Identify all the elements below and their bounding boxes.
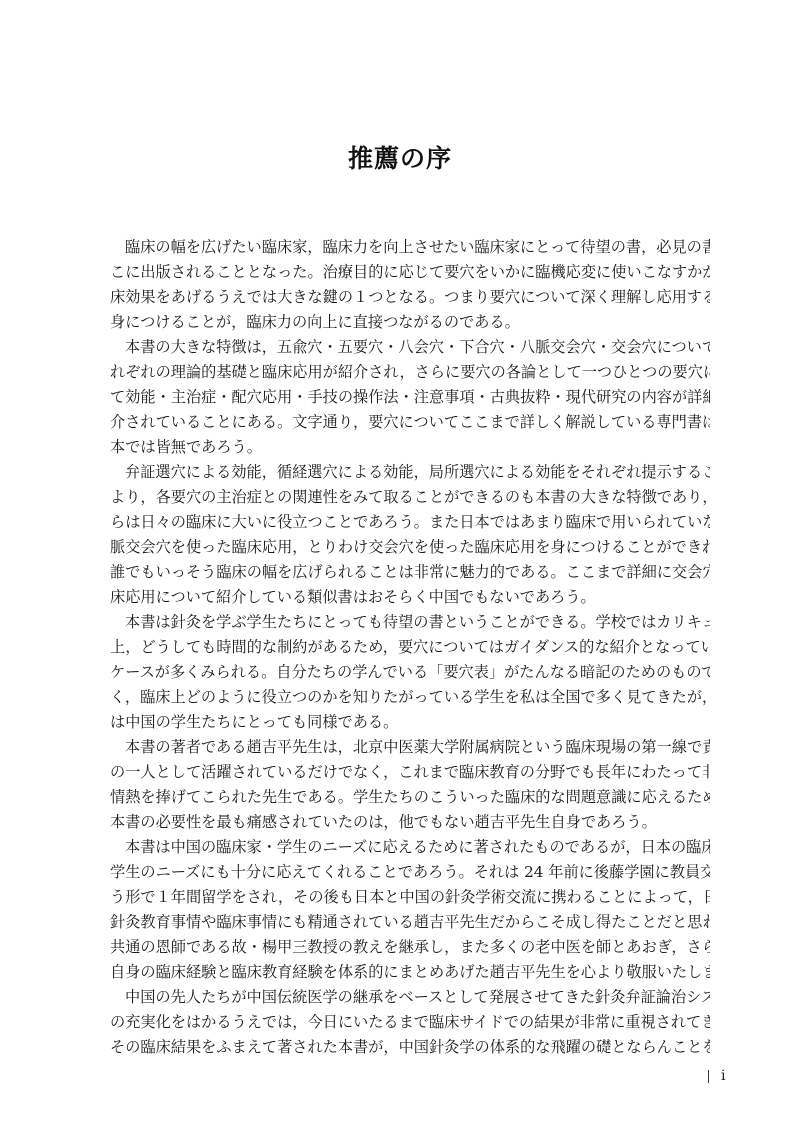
- folio-divider: [708, 1070, 709, 1083]
- text-line: は中国の学生たちにとっても同様である。: [110, 710, 710, 735]
- text-line: 中国の先人たちが中国伝統医学の継承をベースとして発展させてきた針灸弁証論治システ…: [110, 985, 710, 1010]
- text-line: 身につけることが，臨床力の向上に直接つながるのである。: [110, 310, 710, 335]
- text-line: 床効果をあげるうえでは大きな鍵の１つとなる。つまり要穴について深く理解し応用する…: [110, 285, 710, 310]
- paragraph: 本書は針灸を学ぶ学生たちにとっても待望の書ということができる。学校ではカリキュラ…: [110, 610, 710, 735]
- text-line: 誰でもいっそう臨床の幅を広げられることは非常に魅力的である。ここまで詳細に交会穴…: [110, 560, 710, 585]
- text-line: く，臨床上どのように役立つのかを知りたがっている学生を私は全国で多く見てきたが，…: [110, 685, 710, 710]
- text-line: その臨床結果をふまえて著された本書が，中国針灸学の体系的な飛躍の礎とならんことを…: [110, 1035, 710, 1060]
- text-line: 共通の恩師である故・楊甲三教授の教えを継承し，また多くの老中医を師とあおぎ，さら…: [110, 935, 710, 960]
- text-line: 本では皆無であろう。: [110, 435, 710, 460]
- text-line: の一人として活躍されているだけでなく，これまで臨床教育の分野でも長年にわたって非…: [110, 760, 710, 785]
- text-line: て効能・主治症・配穴応用・手技の操作法・注意事項・古典抜粋・現代研究の内容が詳細…: [110, 385, 710, 410]
- text-line: 情熱を捧げてこられた先生である。学生たちのこういった臨床的な問題意識に応えるため…: [110, 785, 710, 810]
- page-number: i: [708, 1068, 725, 1084]
- body-text: 臨床の幅を広げたい臨床家，臨床力を向上させたい臨床家にとって待望の書，必見の書が…: [110, 235, 710, 1060]
- text-line: 本書の大きな特徴は，五兪穴・五要穴・八会穴・下合穴・八脈交会穴・交会穴について，…: [110, 335, 710, 360]
- text-line: 本書の著者である趙吉平先生は，北京中医薬大学附属病院という臨床現場の第一線で責任…: [110, 735, 710, 760]
- text-line: より，各要穴の主治症との関連性をみて取ることができるのも本書の大きな特徴であり，…: [110, 485, 710, 510]
- text-line: の充実化をはかるうえでは，今日にいたるまで臨床サイドでの結果が非常に重視されてき…: [110, 1010, 710, 1035]
- text-line: 自身の臨床経験と臨床教育経験を体系的にまとめあげた趙吉平先生を心より敬服いたしま…: [110, 960, 710, 985]
- text-line: 脈交会穴を使った臨床応用，とりわけ交会穴を使った臨床応用を身につけることができれ…: [110, 535, 710, 560]
- paragraph: 本書は中国の臨床家・学生のニーズに応えるために著されたものであるが，日本の臨床家…: [110, 835, 710, 985]
- paragraph: 本書の大きな特徴は，五兪穴・五要穴・八会穴・下合穴・八脈交会穴・交会穴について，…: [110, 335, 710, 460]
- text-line: らは日々の臨床に大いに役立つことであろう。また日本ではあまり臨床で用いられていな…: [110, 510, 710, 535]
- document-page: 推薦の序 臨床の幅を広げたい臨床家，臨床力を向上させたい臨床家にとって待望の書，…: [0, 0, 800, 1129]
- text-line: こに出版されることとなった。治療目的に応じて要穴をいかに臨機応変に使いこなすかが…: [110, 260, 710, 285]
- text-line: 本書の必要性を最も痛感されていたのは，他でもない趙吉平先生自身であろう。: [110, 810, 710, 835]
- text-line: 学生のニーズにも十分に応えてくれることであろう。それは 24 年前に後藤学園に教…: [110, 860, 710, 885]
- paragraph: 弁証選穴による効能，循経選穴による効能，局所選穴による効能をそれぞれ提示すること…: [110, 460, 710, 610]
- text-line: ケースが多くみられる。自分たちの学んでいる「要穴表」がたんなる暗記のためのもので…: [110, 660, 710, 685]
- text-line: 臨床の幅を広げたい臨床家，臨床力を向上させたい臨床家にとって待望の書，必見の書が…: [110, 235, 710, 260]
- page-title: 推薦の序: [0, 139, 800, 175]
- text-line: 本書は中国の臨床家・学生のニーズに応えるために著されたものであるが，日本の臨床家…: [110, 835, 710, 860]
- text-line: 上，どうしても時間的な制約があるため，要穴についてはガイダンス的な紹介となってい…: [110, 635, 710, 660]
- paragraph: 本書の著者である趙吉平先生は，北京中医薬大学附属病院という臨床現場の第一線で責任…: [110, 735, 710, 835]
- text-line: 本書は針灸を学ぶ学生たちにとっても待望の書ということができる。学校ではカリキュラ…: [110, 610, 710, 635]
- text-line: 弁証選穴による効能，循経選穴による効能，局所選穴による効能をそれぞれ提示すること…: [110, 460, 710, 485]
- paragraph: 中国の先人たちが中国伝統医学の継承をベースとして発展させてきた針灸弁証論治システ…: [110, 985, 710, 1060]
- text-line: う形で１年間留学をされ，その後も日本と中国の針灸学術交流に携わることによって，日…: [110, 885, 710, 910]
- paragraph: 臨床の幅を広げたい臨床家，臨床力を向上させたい臨床家にとって待望の書，必見の書が…: [110, 235, 710, 335]
- page-number-text: i: [721, 1068, 725, 1084]
- text-line: れぞれの理論的基礎と臨床応用が紹介され，さらに要穴の各論として一つひとつの要穴に…: [110, 360, 710, 385]
- text-line: 介されていることにある。文字通り，要穴についてここまで詳しく解説している専門書は…: [110, 410, 710, 435]
- text-line: 床応用について紹介している類似書はおそらく中国でもないであろう。: [110, 585, 710, 610]
- text-line: 針灸教育事情や臨床事情にも精通されている趙吉平先生だからこそ成し得たことだと思わ…: [110, 910, 710, 935]
